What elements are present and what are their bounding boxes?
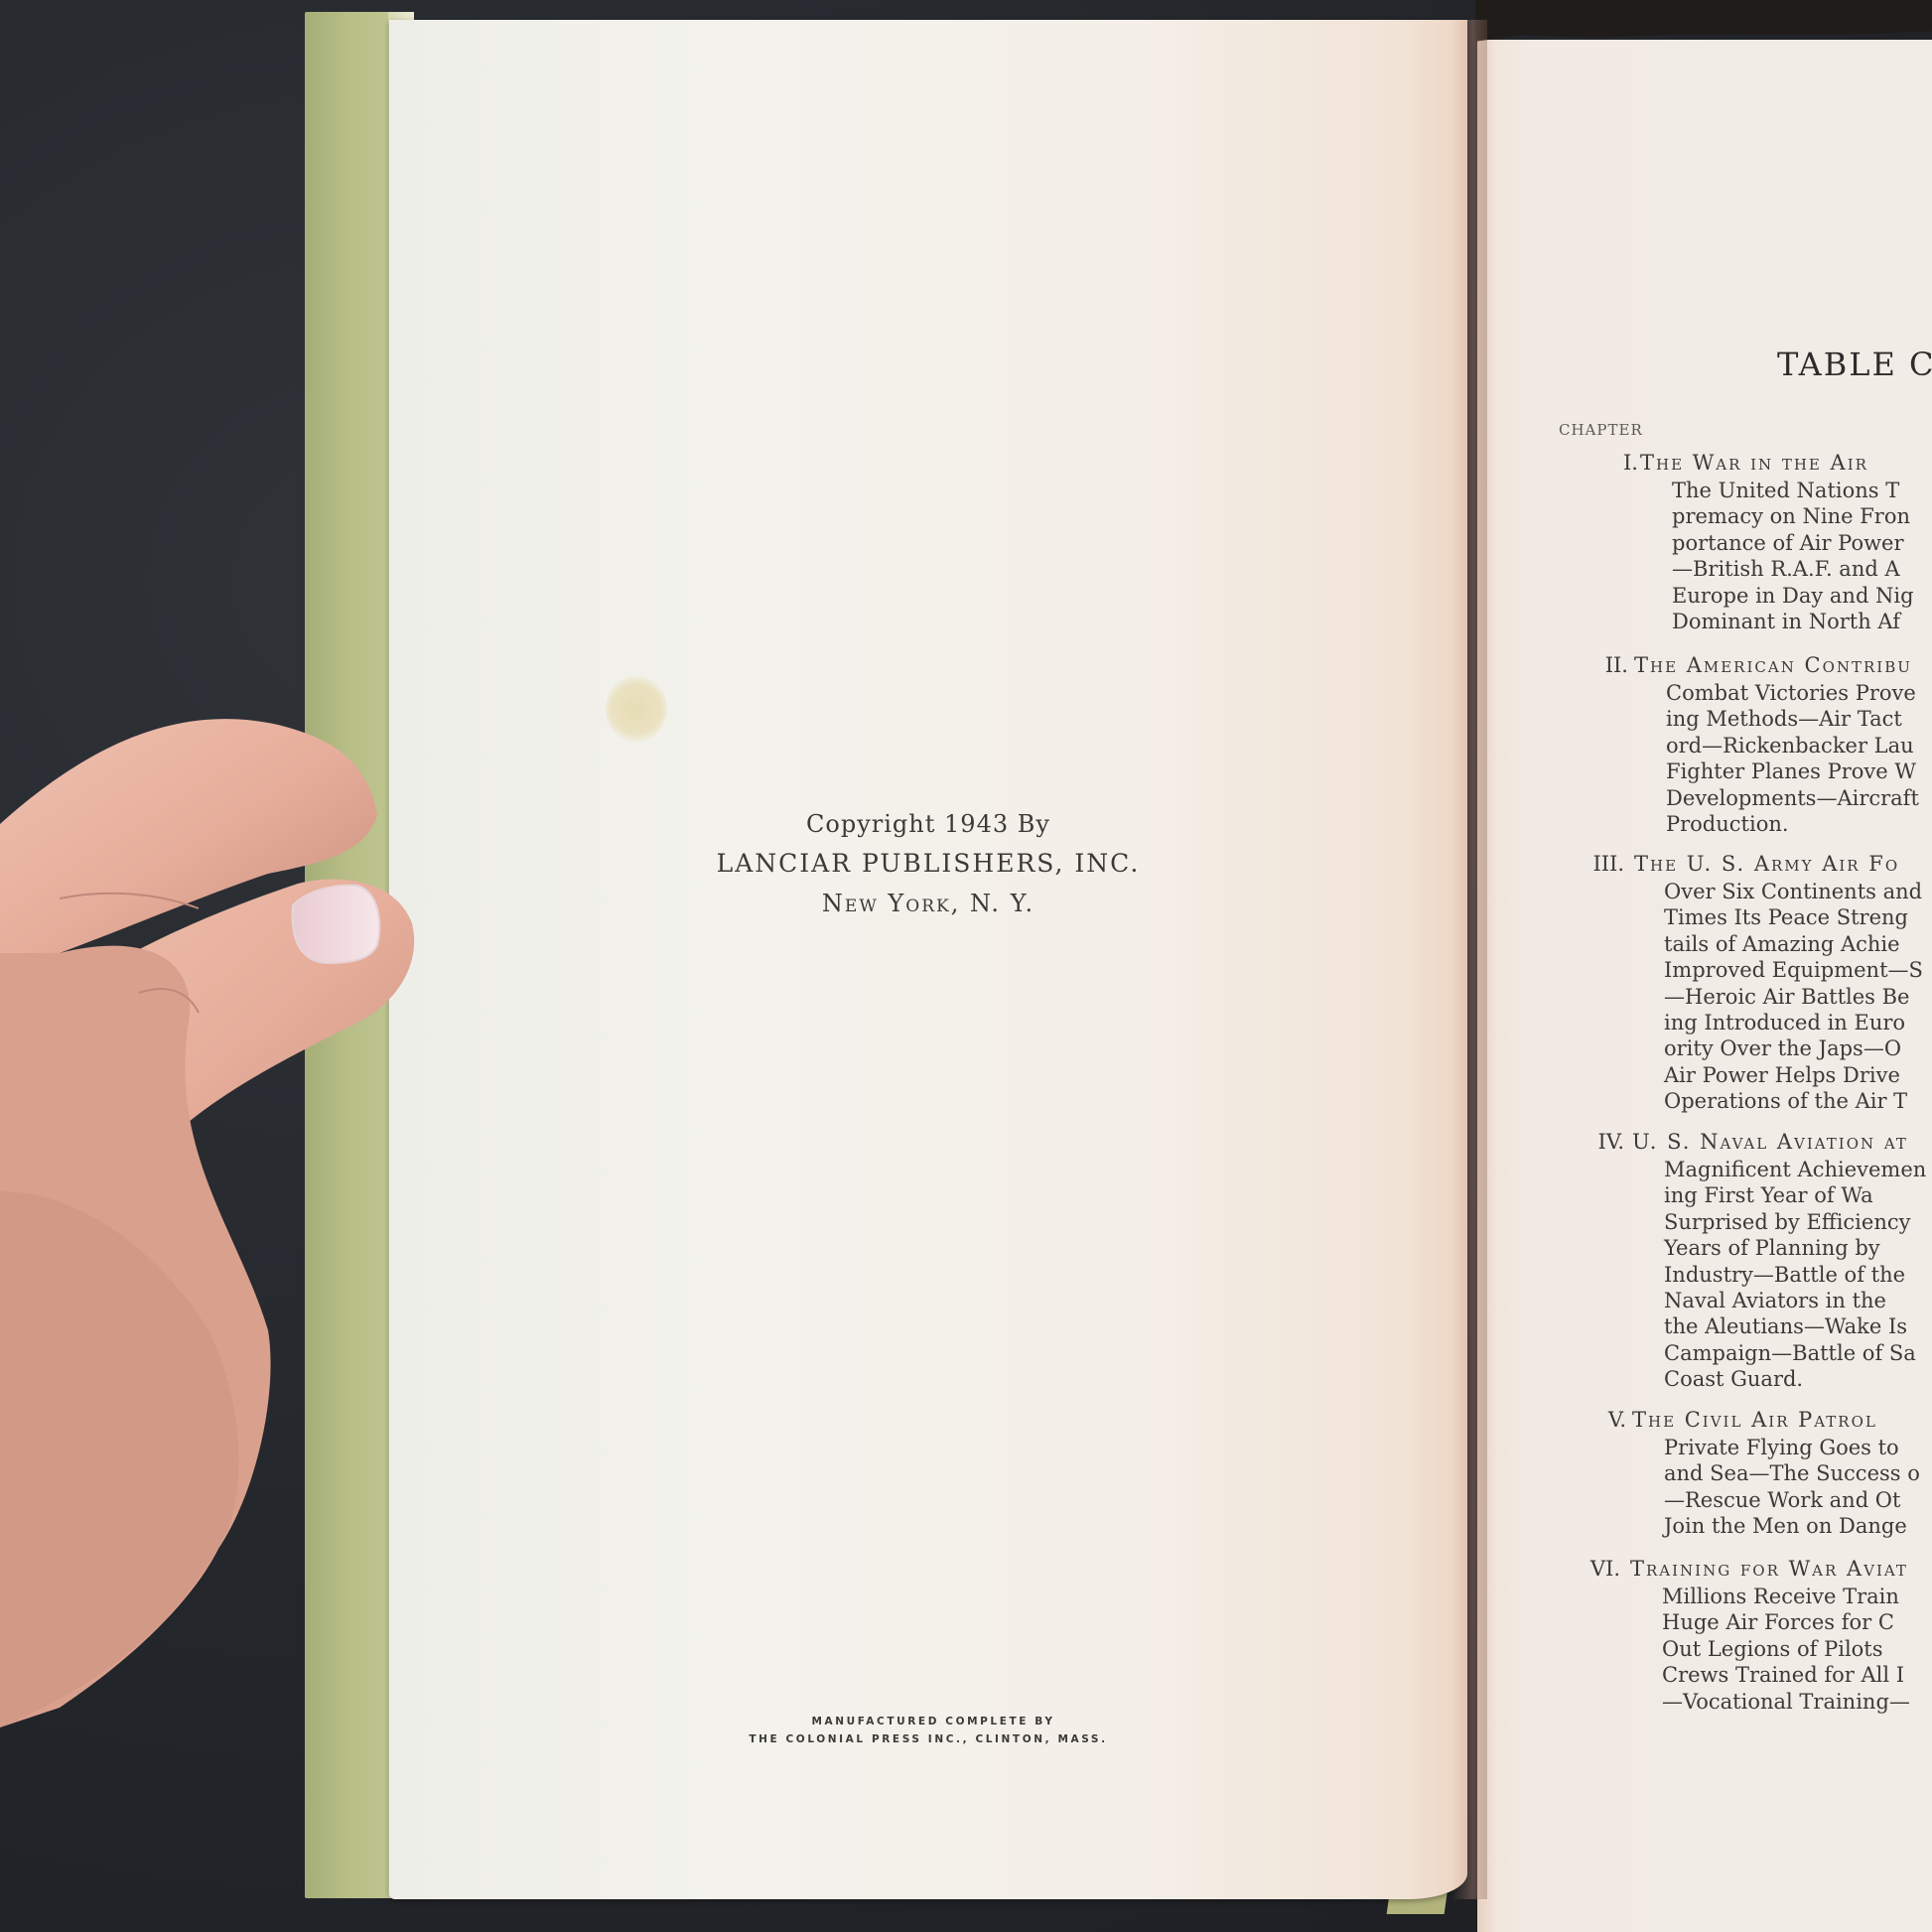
- toc-chapter-label: CHAPTER: [1559, 421, 1643, 439]
- gutter-shadow: [1451, 20, 1487, 1899]
- colophon-line-1: MANUFACTURED COMPLETE BY: [389, 1713, 1467, 1730]
- toc-line: Coast Guard.: [1664, 1366, 1926, 1392]
- toc-line: ing Methods—Air Tact: [1666, 706, 1919, 732]
- toc-line: and Sea—The Success o: [1664, 1460, 1920, 1486]
- toc-entry-heading: The U. S. Army Air Fo: [1634, 852, 1899, 876]
- toc-line: tails of Amazing Achie: [1664, 931, 1923, 957]
- toc-line: Dominant in North Af: [1672, 609, 1914, 634]
- toc-line: Over Six Continents and: [1664, 879, 1923, 904]
- copyright-line: Copyright 1943 By: [389, 804, 1467, 844]
- toc-entry-number: II.: [1559, 653, 1628, 677]
- toc-entry-lines: Magnificent Achievemen ing First Year of…: [1664, 1157, 1926, 1393]
- toc-line: Surprised by Efficiency: [1664, 1209, 1926, 1235]
- toc-line: Times Its Peace Streng: [1664, 904, 1923, 930]
- toc-line: the Aleutians—Wake Is: [1664, 1313, 1926, 1339]
- toc-line: Air Power Helps Drive: [1664, 1062, 1923, 1088]
- toc-line: Private Flying Goes to: [1664, 1435, 1920, 1460]
- toc-line: Industry—Battle of the: [1664, 1262, 1926, 1288]
- toc-line: —Vocational Training—: [1662, 1689, 1910, 1715]
- toc-line: Production.: [1666, 811, 1919, 837]
- toc-line: Huge Air Forces for C: [1662, 1609, 1910, 1635]
- toc-line: Combat Victories Prove: [1666, 680, 1919, 706]
- toc-entry-number: V.: [1557, 1408, 1626, 1432]
- paper-stain: [606, 675, 667, 743]
- toc-entry-number: IV.: [1555, 1130, 1624, 1154]
- toc-line: The United Nations T: [1672, 478, 1914, 503]
- toc-entry-number: VI.: [1551, 1557, 1620, 1581]
- toc-entry-number: III.: [1555, 852, 1624, 876]
- copyright-block: Copyright 1943 By LANCIAR PUBLISHERS, IN…: [389, 804, 1467, 923]
- toc-line: ord—Rickenbacker Lau: [1666, 733, 1919, 759]
- toc-entry-heading: The American Contribu: [1634, 653, 1912, 677]
- toc-entry-number: I.: [1569, 451, 1638, 475]
- toc-entry-heading: U. S. Naval Aviation at: [1632, 1130, 1908, 1154]
- toc-line: premacy on Nine Fron: [1672, 503, 1914, 529]
- publisher-name: LANCIAR PUBLISHERS, INC.: [389, 844, 1467, 884]
- toc-line: Campaign—Battle of Sa: [1664, 1340, 1926, 1366]
- toc-line: Naval Aviators in the: [1664, 1288, 1926, 1313]
- toc-entry-heading: The War in the Air: [1640, 451, 1868, 475]
- toc-entry-lines: The United Nations T premacy on Nine Fro…: [1672, 478, 1914, 634]
- toc-line: Crews Trained for All I: [1662, 1662, 1910, 1688]
- toc-line: Magnificent Achievemen: [1664, 1157, 1926, 1182]
- toc-line: ing Introduced in Euro: [1664, 1010, 1923, 1035]
- toc-entry-lines: Combat Victories Prove ing Methods—Air T…: [1666, 680, 1919, 837]
- toc-line: Developments—Aircraft: [1666, 785, 1919, 811]
- colophon-line-2: THE COLONIAL PRESS INC., CLINTON, MASS.: [389, 1730, 1467, 1748]
- toc-entry-lines: Over Six Continents and Times Its Peace …: [1664, 879, 1923, 1115]
- toc-line: Millions Receive Train: [1662, 1584, 1910, 1609]
- toc-line: Europe in Day and Nig: [1672, 583, 1914, 609]
- toc-line: ing First Year of Wa: [1664, 1182, 1926, 1208]
- toc-line: —Heroic Air Battles Be: [1664, 984, 1923, 1010]
- toc-line: —Rescue Work and Ot: [1664, 1487, 1920, 1513]
- toc-line: Operations of the Air T: [1664, 1088, 1923, 1114]
- toc-line: Out Legions of Pilots: [1662, 1636, 1910, 1662]
- toc-entry-lines: Millions Receive Train Huge Air Forces f…: [1662, 1584, 1910, 1715]
- toc-title: TABLE C: [1777, 345, 1932, 383]
- toc-entry-heading: Training for War Aviat: [1630, 1557, 1908, 1581]
- toc-line: portance of Air Power: [1672, 530, 1914, 556]
- publisher-location: New York, N. Y.: [389, 884, 1467, 923]
- toc-line: Improved Equipment—S: [1664, 957, 1923, 983]
- toc-entry-heading: The Civil Air Patrol: [1632, 1408, 1877, 1432]
- hand-holding-book: [0, 695, 457, 1737]
- toc-line: Fighter Planes Prove W: [1666, 759, 1919, 784]
- right-page-torn-edge: [1475, 0, 1932, 44]
- toc-line: —British R.A.F. and A: [1672, 556, 1914, 582]
- left-page-copyright: Copyright 1943 By LANCIAR PUBLISHERS, IN…: [389, 20, 1467, 1899]
- toc-line: Join the Men on Dange: [1664, 1513, 1920, 1539]
- colophon: MANUFACTURED COMPLETE BY THE COLONIAL PR…: [389, 1713, 1467, 1748]
- toc-entry-lines: Private Flying Goes to and Sea—The Succe…: [1664, 1435, 1920, 1540]
- toc-line: ority Over the Japs—O: [1664, 1035, 1923, 1061]
- toc-line: Years of Planning by: [1664, 1235, 1926, 1261]
